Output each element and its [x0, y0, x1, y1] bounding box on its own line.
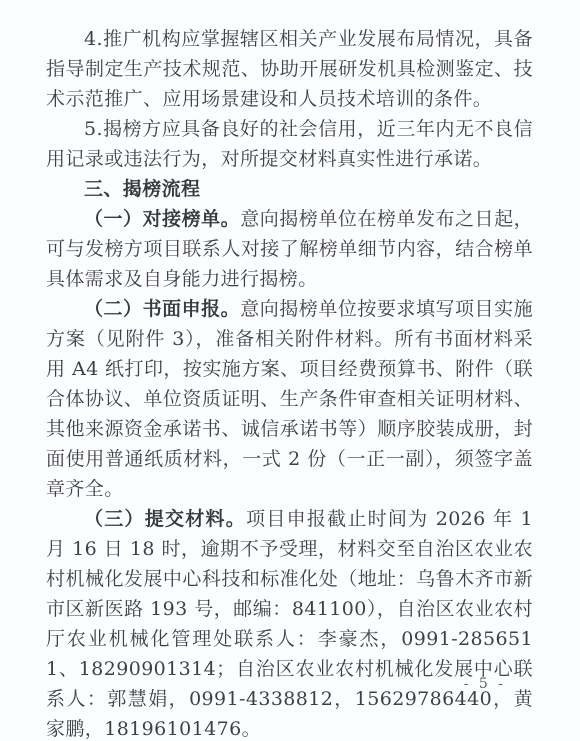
- paragraph-step-2-written-application: （二）书面申报。意向揭榜单位按要求填写项目实施方案（见附件 3），准备相关附件材…: [46, 294, 533, 504]
- paragraph-lead: （三）提交材料。: [84, 508, 246, 530]
- paragraph-text: 4.推广机构应掌握辖区相关产业发展布局情况，具备指导制定生产技术规范、协助开展研…: [46, 28, 533, 110]
- section-heading: 三、揭榜流程: [46, 174, 533, 204]
- paragraph-text: 项目申报截止时间为 2026 年 1 月 16 日 18 时，逾期不予受理，材料…: [46, 508, 533, 740]
- page-number: - 5 -: [464, 676, 506, 692]
- paragraph-step-1-connect-list: （一）对接榜单。意向揭榜单位在榜单发布之日起，可与发榜方项目联系人对接了解榜单细…: [46, 204, 533, 294]
- paragraph-lead: （一）对接榜单。: [84, 208, 240, 230]
- paragraph-lead: （二）书面申报。: [84, 298, 240, 320]
- paragraph-step-3-submit-materials: （三）提交材料。项目申报截止时间为 2026 年 1 月 16 日 18 时，逾…: [46, 504, 533, 741]
- document-page: 4.推广机构应掌握辖区相关产业发展布局情况，具备指导制定生产技术规范、协助开展研…: [0, 0, 580, 741]
- paragraph-text: 5.揭榜方应具备良好的社会信用，近三年内无不良信用记录或违法行为，对所提交材料真…: [46, 118, 533, 170]
- paragraph-text: 意向揭榜单位按要求填写项目实施方案（见附件 3），准备相关附件材料。所有书面材料…: [46, 298, 533, 500]
- paragraph-requirement-5: 5.揭榜方应具备良好的社会信用，近三年内无不良信用记录或违法行为，对所提交材料真…: [46, 114, 533, 174]
- paragraph-requirement-4: 4.推广机构应掌握辖区相关产业发展布局情况，具备指导制定生产技术规范、协助开展研…: [46, 24, 533, 114]
